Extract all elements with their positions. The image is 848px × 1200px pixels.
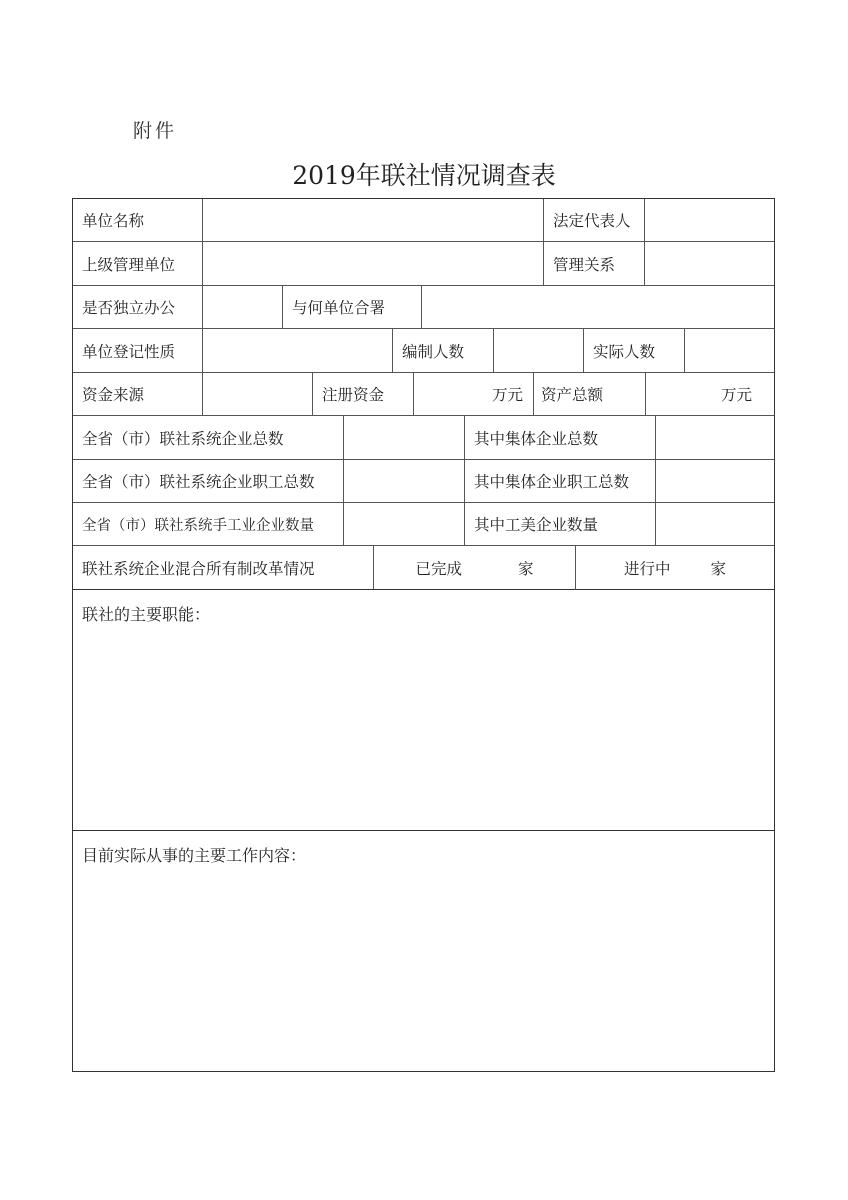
shared-with-label: 与何单位合署 [283,286,422,329]
current-work-label: 目前实际从事的主要工作内容： [82,846,306,865]
total-employees-field[interactable] [344,460,465,503]
registration-nature-field[interactable] [203,329,393,373]
funding-source-field[interactable] [203,373,313,416]
mgmt-relation-field[interactable] [645,242,774,286]
handicraft-enterprises-field[interactable] [344,503,465,546]
reform-in-progress-field[interactable]: 进行中家 [576,546,774,590]
main-functions-label: 联社的主要职能： [82,605,210,624]
funding-source-label: 资金来源 [73,373,203,416]
survey-table: 单位名称 法定代表人 上级管理单位 管理关系 是否独立办公 与何单位合署 单位登… [72,198,775,1072]
reform-completed-label: 已完成 [415,557,462,579]
total-assets-field[interactable]: 万元 [646,373,774,416]
main-functions-section[interactable]: 联社的主要职能： [73,590,774,831]
registered-capital-label: 注册资金 [313,373,414,416]
superior-unit-field[interactable] [203,242,544,286]
handicraft-enterprises-label: 全省（市）联社系统手工业企业数量 [73,503,344,546]
total-employees-label: 全省（市）联社系统企业职工总数 [73,460,344,503]
staff-quota-label: 编制人数 [393,329,494,373]
current-work-section[interactable]: 目前实际从事的主要工作内容： [73,831,774,1071]
actual-staff-label: 实际人数 [584,329,685,373]
legal-rep-label: 法定代表人 [544,199,645,242]
legal-rep-field[interactable] [645,199,774,242]
total-enterprises-field[interactable] [344,416,465,460]
mixed-ownership-reform-label: 联社系统企业混合所有制改革情况 [73,546,374,590]
total-enterprises-label: 全省（市）联社系统企业总数 [73,416,344,460]
unit-name-label: 单位名称 [73,199,203,242]
actual-staff-field[interactable] [685,329,774,373]
collective-enterprises-field[interactable] [656,416,774,460]
total-assets-unit: 万元 [721,383,752,405]
attachment-label: 附件 [133,116,177,143]
arts-crafts-enterprises-label: 其中工美企业数量 [465,503,656,546]
total-assets-label: 资产总额 [534,373,646,416]
mgmt-relation-label: 管理关系 [544,242,645,286]
reform-completed-unit: 家 [518,557,534,579]
reform-in-progress-unit: 家 [711,557,727,579]
arts-crafts-enterprises-field[interactable] [656,503,774,546]
shared-with-field[interactable] [422,286,774,329]
staff-quota-field[interactable] [494,329,584,373]
registered-capital-unit: 万元 [492,383,523,405]
reform-in-progress-label: 进行中 [624,557,671,579]
unit-name-field[interactable] [203,199,544,242]
superior-unit-label: 上级管理单位 [73,242,203,286]
page-title: 2019年联社情况调查表 [0,156,848,192]
independent-office-field[interactable] [203,286,283,329]
reform-completed-field[interactable]: 已完成家 [374,546,576,590]
registration-nature-label: 单位登记性质 [73,329,203,373]
registered-capital-field[interactable]: 万元 [414,373,534,416]
collective-employees-label: 其中集体企业职工总数 [465,460,656,503]
independent-office-label: 是否独立办公 [73,286,203,329]
collective-enterprises-label: 其中集体企业总数 [465,416,656,460]
collective-employees-field[interactable] [656,460,774,503]
